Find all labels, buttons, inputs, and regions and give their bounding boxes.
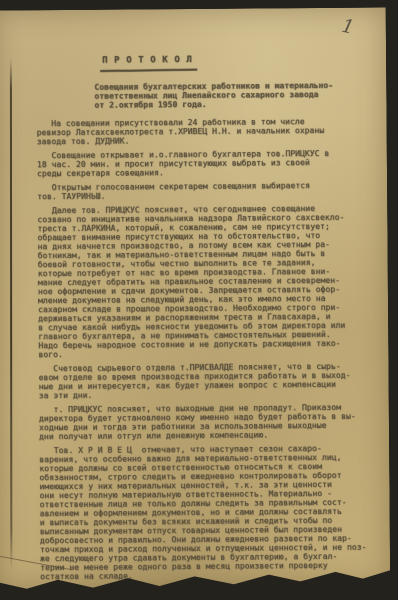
paragraph-prisvalde-question: Счетовод сырьевого отдела т.ПРИСВАЛДЕ по…	[39, 362, 375, 401]
document-text: П Р О Т О К О Л Совещания бухгалтерских …	[36, 55, 376, 582]
paragraph-attendees: На совещании присутствовали 24 работника…	[37, 117, 373, 147]
document-title: П Р О Т О К О Л	[102, 55, 372, 66]
paragraph-pritskus-answer: т. ПРИЦКУС поясняет, что выходные дни не…	[39, 403, 375, 442]
paragraph-pritskus-speech: Далее тов. ПРИЦКУС поясняет, что сегодня…	[37, 204, 374, 360]
document-paper: 1 П Р О Т О К О Л Совещания бухгалтерски…	[0, 7, 390, 589]
paragraph-secretary-election: Открытым голосованием секретарем совещан…	[37, 181, 373, 202]
page-number-annotation: 1	[340, 15, 357, 39]
title-underline	[100, 69, 197, 73]
paragraph-meeting-opening: Совещание открывает и.о.главного бухгалт…	[37, 149, 373, 179]
document-subtitle: Совещания бухгалтерских работников и мат…	[94, 81, 372, 110]
photo-background: 1 П Р О Т О К О Л Совещания бухгалтерски…	[0, 0, 398, 600]
fold-crease-vertical	[10, 58, 12, 570]
paragraph-khrivets-speech: Тов. Х Р И В Е Ц отмечает, что наступает…	[39, 444, 376, 582]
